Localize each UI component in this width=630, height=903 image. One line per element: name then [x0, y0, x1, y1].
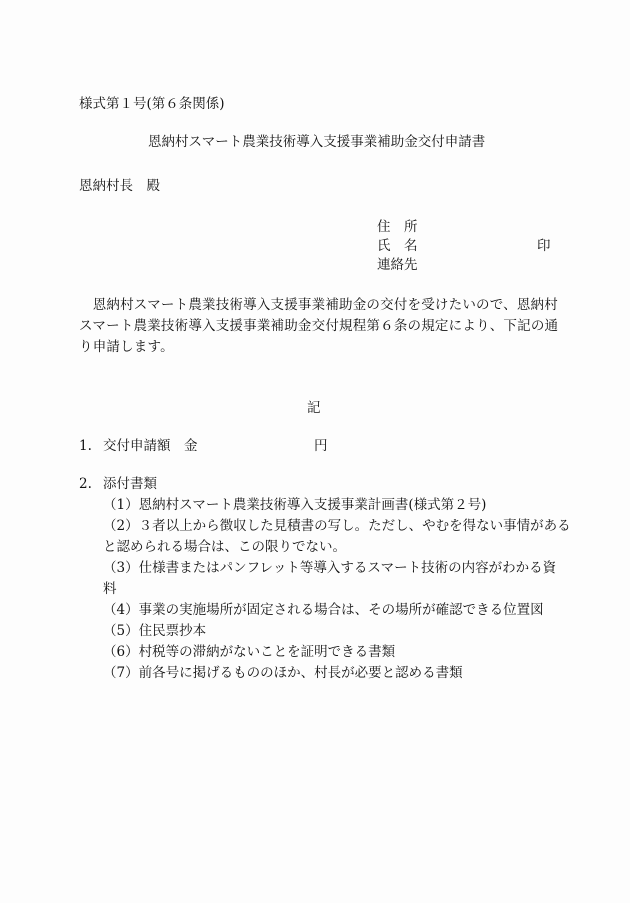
- addressee: 恩納村長 殿: [79, 178, 160, 194]
- body-line: 恩納村スマート農業技術導入支援事業補助金の交付を受けたいので、恩納村: [79, 297, 551, 313]
- attachment-item: （6）村税等の滞納がないことを証明できる書類: [103, 644, 551, 660]
- attachment-item: （1）恩納村スマート農業技術導入支援事業計画書(様式第２号): [103, 497, 551, 513]
- document-title: 恩納村スマート農業技術導入支援事業補助金交付申請書: [148, 134, 485, 150]
- section-number: 2.: [79, 476, 92, 492]
- grant-amount-label: 交付申請額 金: [103, 438, 198, 454]
- attachment-item: （4）事業の実施場所が固定される場合は、その場所が確認できる位置図: [103, 602, 551, 618]
- body-line: スマート農業技術導入支援事業補助金交付規程第６条の規定により、下記の通: [79, 318, 551, 334]
- attachment-item: （2）３者以上から徴収した見積書の写し。ただし、やむを得ない事情がある: [103, 518, 551, 534]
- attachment-item-continued: 料: [103, 581, 551, 597]
- attachment-item-continued: と認められる場合は、この限りでない。: [103, 539, 551, 555]
- ki-heading: 記: [307, 400, 321, 416]
- form-number: 様式第１号(第６条関係): [79, 96, 225, 112]
- yen-unit: 円: [314, 438, 328, 454]
- contact-label: 連絡先: [377, 257, 418, 273]
- attachment-item: （5）住民票抄本: [103, 623, 551, 639]
- attachment-item: （3）仕様書またはパンフレット等導入するスマート技術の内容がわかる資: [103, 560, 551, 576]
- section-number: 1.: [79, 438, 92, 454]
- name-label: 氏 名: [377, 238, 418, 254]
- attachment-item: （7）前各号に掲げるもののほか、村長が必要と認める書類: [103, 665, 551, 681]
- body-line: り申請します。: [79, 339, 551, 355]
- attachments-label: 添付書類: [103, 476, 157, 492]
- seal-mark: 印: [537, 238, 551, 254]
- address-label: 住 所: [377, 219, 418, 235]
